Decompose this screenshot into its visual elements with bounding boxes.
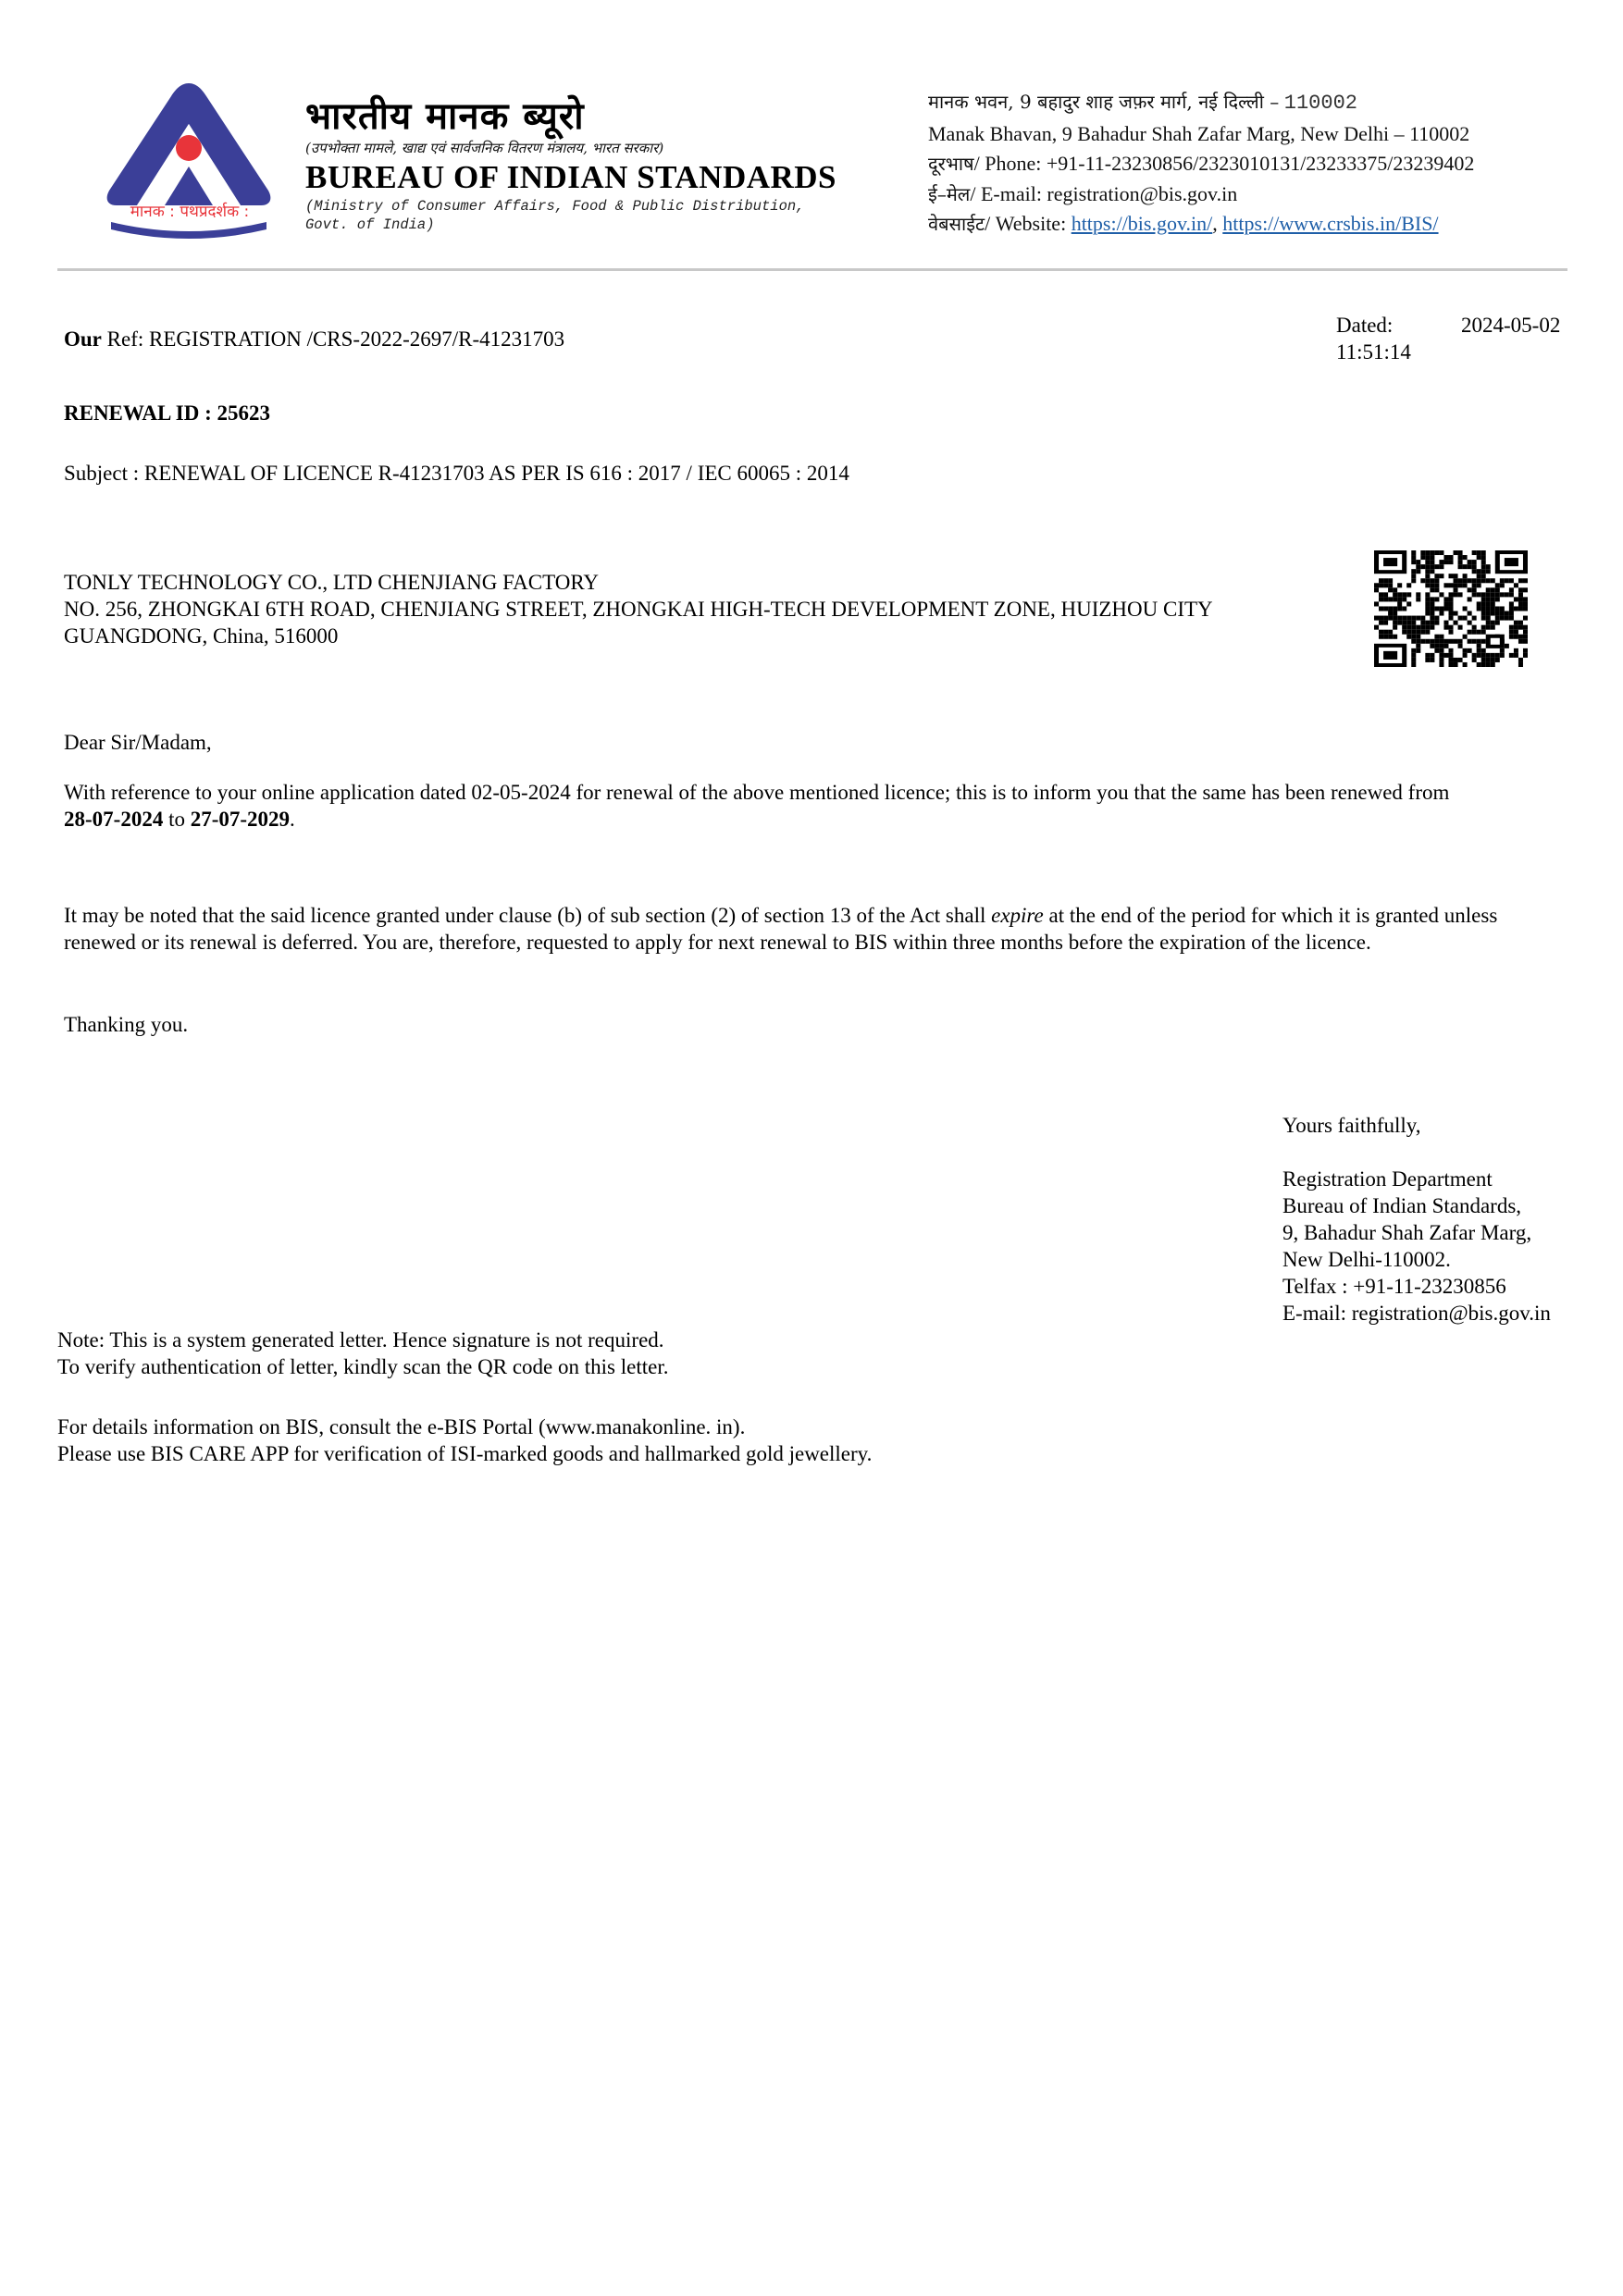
bis-logo: मानक : पथप्रदर्शक : [104,81,275,239]
qr-code-icon [1374,550,1528,667]
signoff: Yours faithfully, [1282,1112,1421,1139]
ministry-english: (Ministry of Consumer Affairs, Food & Pu… [305,197,898,234]
dated-time: 11:51:14 [1336,339,1411,365]
address-hindi: मानक भवन, 9 बहादुर शाह जफ़र मार्ग, नई दि… [928,87,1474,119]
header-divider [57,268,1567,271]
address-line: TONLY TECHNOLOGY CO., LTD CHENJIANG FACT… [64,569,1359,596]
reference-line: Our Ref: REGISTRATION /CRS-2022-2697/R-4… [64,326,564,352]
expiry-paragraph: It may be noted that the said licence gr… [64,902,1572,956]
dated-value: 2024-05-02 [1461,312,1560,339]
signature-line: E-mail: registration@bis.gov.in [1282,1300,1551,1327]
address-line: GUANGDONG, China, 516000 [64,623,1359,649]
dated-label: Dated: [1336,312,1393,339]
signature-line: Telfax : +91-11-23230856 [1282,1273,1551,1300]
renewal-to-date: 27-07-2029 [191,808,290,831]
signature-line: 9, Bahadur Shah Zafar Marg, [1282,1219,1551,1246]
renewal-from-date: 28-07-2024 [64,808,163,831]
signature-block: Registration Department Bureau of Indian… [1282,1166,1551,1327]
crsbis-website-link[interactable]: https://www.crsbis.in/BIS/ [1222,212,1438,235]
thanks: Thanking you. [64,1011,188,1038]
renewal-paragraph: With reference to your online applicatio… [64,779,1572,833]
contact-block: मानक भवन, 9 बहादुर शाह जफ़र मार्ग, नई दि… [928,87,1474,240]
website: वेबसाईट/ Website: https://bis.gov.in/, h… [928,209,1474,240]
system-note: Note: This is a system generated letter.… [57,1327,668,1380]
address-line: NO. 256, ZHONGKAI 6TH ROAD, CHENJIANG ST… [64,596,1359,623]
bis-website-link[interactable]: https://bis.gov.in/ [1072,212,1213,235]
ministry-hindi: (उपभोक्ता मामले, खाद्य एवं सार्वजनिक वित… [305,139,663,157]
recipient-address: TONLY TECHNOLOGY CO., LTD CHENJIANG FACT… [64,569,1359,649]
signature-line: Bureau of Indian Standards, [1282,1192,1551,1219]
subject-line: Subject : RENEWAL OF LICENCE R-41231703 … [64,460,849,487]
ministry-english-line: Govt. of India) [305,216,898,234]
org-title-hindi: भारतीय मानक ब्यूरो [305,89,585,140]
signature-line: New Delhi-110002. [1282,1246,1551,1273]
ministry-english-line: (Ministry of Consumer Affairs, Food & Pu… [305,197,898,216]
greeting: Dear Sir/Madam, [64,729,212,756]
email: ई–मेल/ E-mail: registration@bis.gov.in [928,179,1474,210]
org-title-english: BUREAU OF INDIAN STANDARDS [305,159,836,196]
logo-tagline: मानक : पथप्रदर्शक : [111,200,268,221]
renewal-id: RENEWAL ID : 25623 [64,400,270,426]
address-english: Manak Bhavan, 9 Bahadur Shah Zafar Marg,… [928,119,1474,150]
phone: दूरभाष/ Phone: +91-11-23230856/232301013… [928,149,1474,179]
signature-line: Registration Department [1282,1166,1551,1192]
footer-info: For details information on BIS, consult … [57,1413,872,1467]
